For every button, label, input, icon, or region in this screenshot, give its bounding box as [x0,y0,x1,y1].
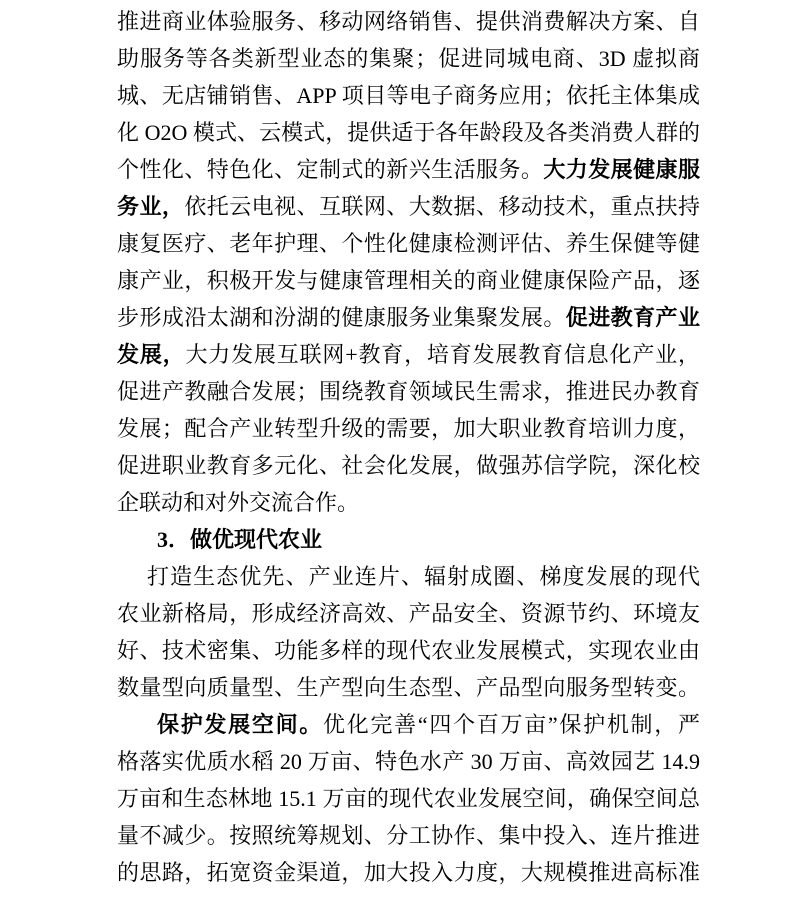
document-page: 推进商业体验服务、移动网络销售、提供消费解决方案、自助服务等各类新型业态的集聚；… [0,0,793,897]
text-line: 推进商业体验服务、移动网络销售、提供消费解决方案、自 [117,3,700,40]
text-segment: 大力发展健康服 [543,157,700,182]
text-segment: 康产业，积极开发与健康管理相关的商业健康保险产品，逐 [117,268,700,293]
text-segment: 发展；配合产业转型升级的需要，加大职业教育培训力度， [117,416,700,441]
text-line: 量不减少。按照统筹规划、分工协作、集中投入、连片推进 [117,817,700,854]
text-line: 助服务等各类新型业态的集聚；促进同城电商、3D 虚拟商 [117,40,700,77]
text-line: 格落实优质水稻 20 万亩、特色水产 30 万亩、高效园艺 14.9 [117,743,700,780]
text-line: 万亩和生态林地 15.1 万亩的现代农业发展空间，确保空间总 [117,780,700,817]
text-line: 康复医疗、老年护理、个性化健康检测评估、养生保健等健 [117,225,700,262]
text-line: 的思路，拓宽资金渠道，加大投入力度，大规模推进高标准 [117,854,700,891]
text-line: 数量型向质量型、生产型向生态型、产品型向服务型转变。 [117,669,700,706]
text-line: 农业新格局，形成经济高效、产品安全、资源节约、环境友 [117,595,700,632]
text-segment: 打造生态优先、产业连片、辐射成圈、梯度发展的现代 [147,564,700,589]
text-line: 个性化、特色化、定制式的新兴生活服务。大力发展健康服 [117,151,700,188]
text-line: 促进职业教育多元化、社会化发展，做强苏信学院，深化校 [117,447,700,484]
text-segment: 步形成沿太湖和汾湖的健康服务业集聚发展。 [117,305,566,330]
text-line: 务业，依托云电视、互联网、大数据、移动技术，重点扶持 [117,188,700,225]
text-segment: 务业， [117,194,184,219]
text-segment: 万亩和生态林地 15.1 万亩的现代农业发展空间，确保空间总 [117,786,700,811]
text-line: 保护发展空间。优化完善“四个百万亩”保护机制，严 [117,706,700,743]
text-segment: 助服务等各类新型业态的集聚；促进同城电商、3D 虚拟商 [117,46,700,71]
text-segment: 大力发展互联网+教育，培育发展教育信息化产业， [185,342,700,367]
text-segment: 个性化、特色化、定制式的新兴生活服务。 [117,157,543,182]
text-segment: 数量型向质量型、生产型向生态型、产品型向服务型转变。 [117,675,700,700]
text-segment: 城、无店铺销售、APP 项目等电子商务应用；依托主体集成 [117,83,700,108]
text-segment: 优化完善“四个百万亩”保护机制，严 [323,712,700,737]
text-segment: 促进教育产业 [566,305,700,330]
text-segment: 推进商业体验服务、移动网络销售、提供消费解决方案、自 [117,9,700,34]
text-line: 步形成沿太湖和汾湖的健康服务业集聚发展。促进教育产业 [117,299,700,336]
text-line: 好、技术密集、功能多样的现代农业发展模式，实现农业由 [117,632,700,669]
text-segment: 量不减少。按照统筹规划、分工协作、集中投入、连片推进 [117,823,700,848]
text-segment: 化 O2O 模式、云模式，提供适于各年龄段及各类消费人群的 [117,120,700,145]
text-segment: 保护发展空间。 [157,712,323,737]
text-segment: 好、技术密集、功能多样的现代农业发展模式，实现农业由 [117,638,700,663]
text-line: 城、无店铺销售、APP 项目等电子商务应用；依托主体集成 [117,77,700,114]
text-line: 康产业，积极开发与健康管理相关的商业健康保险产品，逐 [117,262,700,299]
text-segment: 农业新格局，形成经济高效、产品安全、资源节约、环境友 [117,601,700,626]
text-line: 发展；配合产业转型升级的需要，加大职业教育培训力度， [117,410,700,447]
text-segment: 格落实优质水稻 20 万亩、特色水产 30 万亩、高效园艺 14.9 [117,749,700,774]
text-line: 企联动和对外交流合作。 [117,484,700,521]
text-segment: 促进产教融合发展；围绕教育领域民生需求，推进民办教育 [117,379,700,404]
text-segment: 促进职业教育多元化、社会化发展，做强苏信学院，深化校 [117,453,700,478]
text-segment: 依托云电视、互联网、大数据、移动技术，重点扶持 [184,194,700,219]
text-segment: 发展， [117,342,185,367]
text-line: 促进产教融合发展；围绕教育领域民生需求，推进民办教育 [117,373,700,410]
text-segment: 的思路，拓宽资金渠道，加大投入力度，大规模推进高标准 [117,860,700,885]
text-block: 推进商业体验服务、移动网络销售、提供消费解决方案、自助服务等各类新型业态的集聚；… [117,3,700,891]
text-segment: 3．做优现代农业 [157,527,322,552]
section-heading: 3．做优现代农业 [117,521,700,558]
text-line: 打造生态优先、产业连片、辐射成圈、梯度发展的现代 [117,558,700,595]
text-line: 发展，大力发展互联网+教育，培育发展教育信息化产业， [117,336,700,373]
text-segment: 康复医疗、老年护理、个性化健康检测评估、养生保健等健 [117,231,700,256]
text-line: 化 O2O 模式、云模式，提供适于各年龄段及各类消费人群的 [117,114,700,151]
text-segment: 企联动和对外交流合作。 [117,490,359,515]
